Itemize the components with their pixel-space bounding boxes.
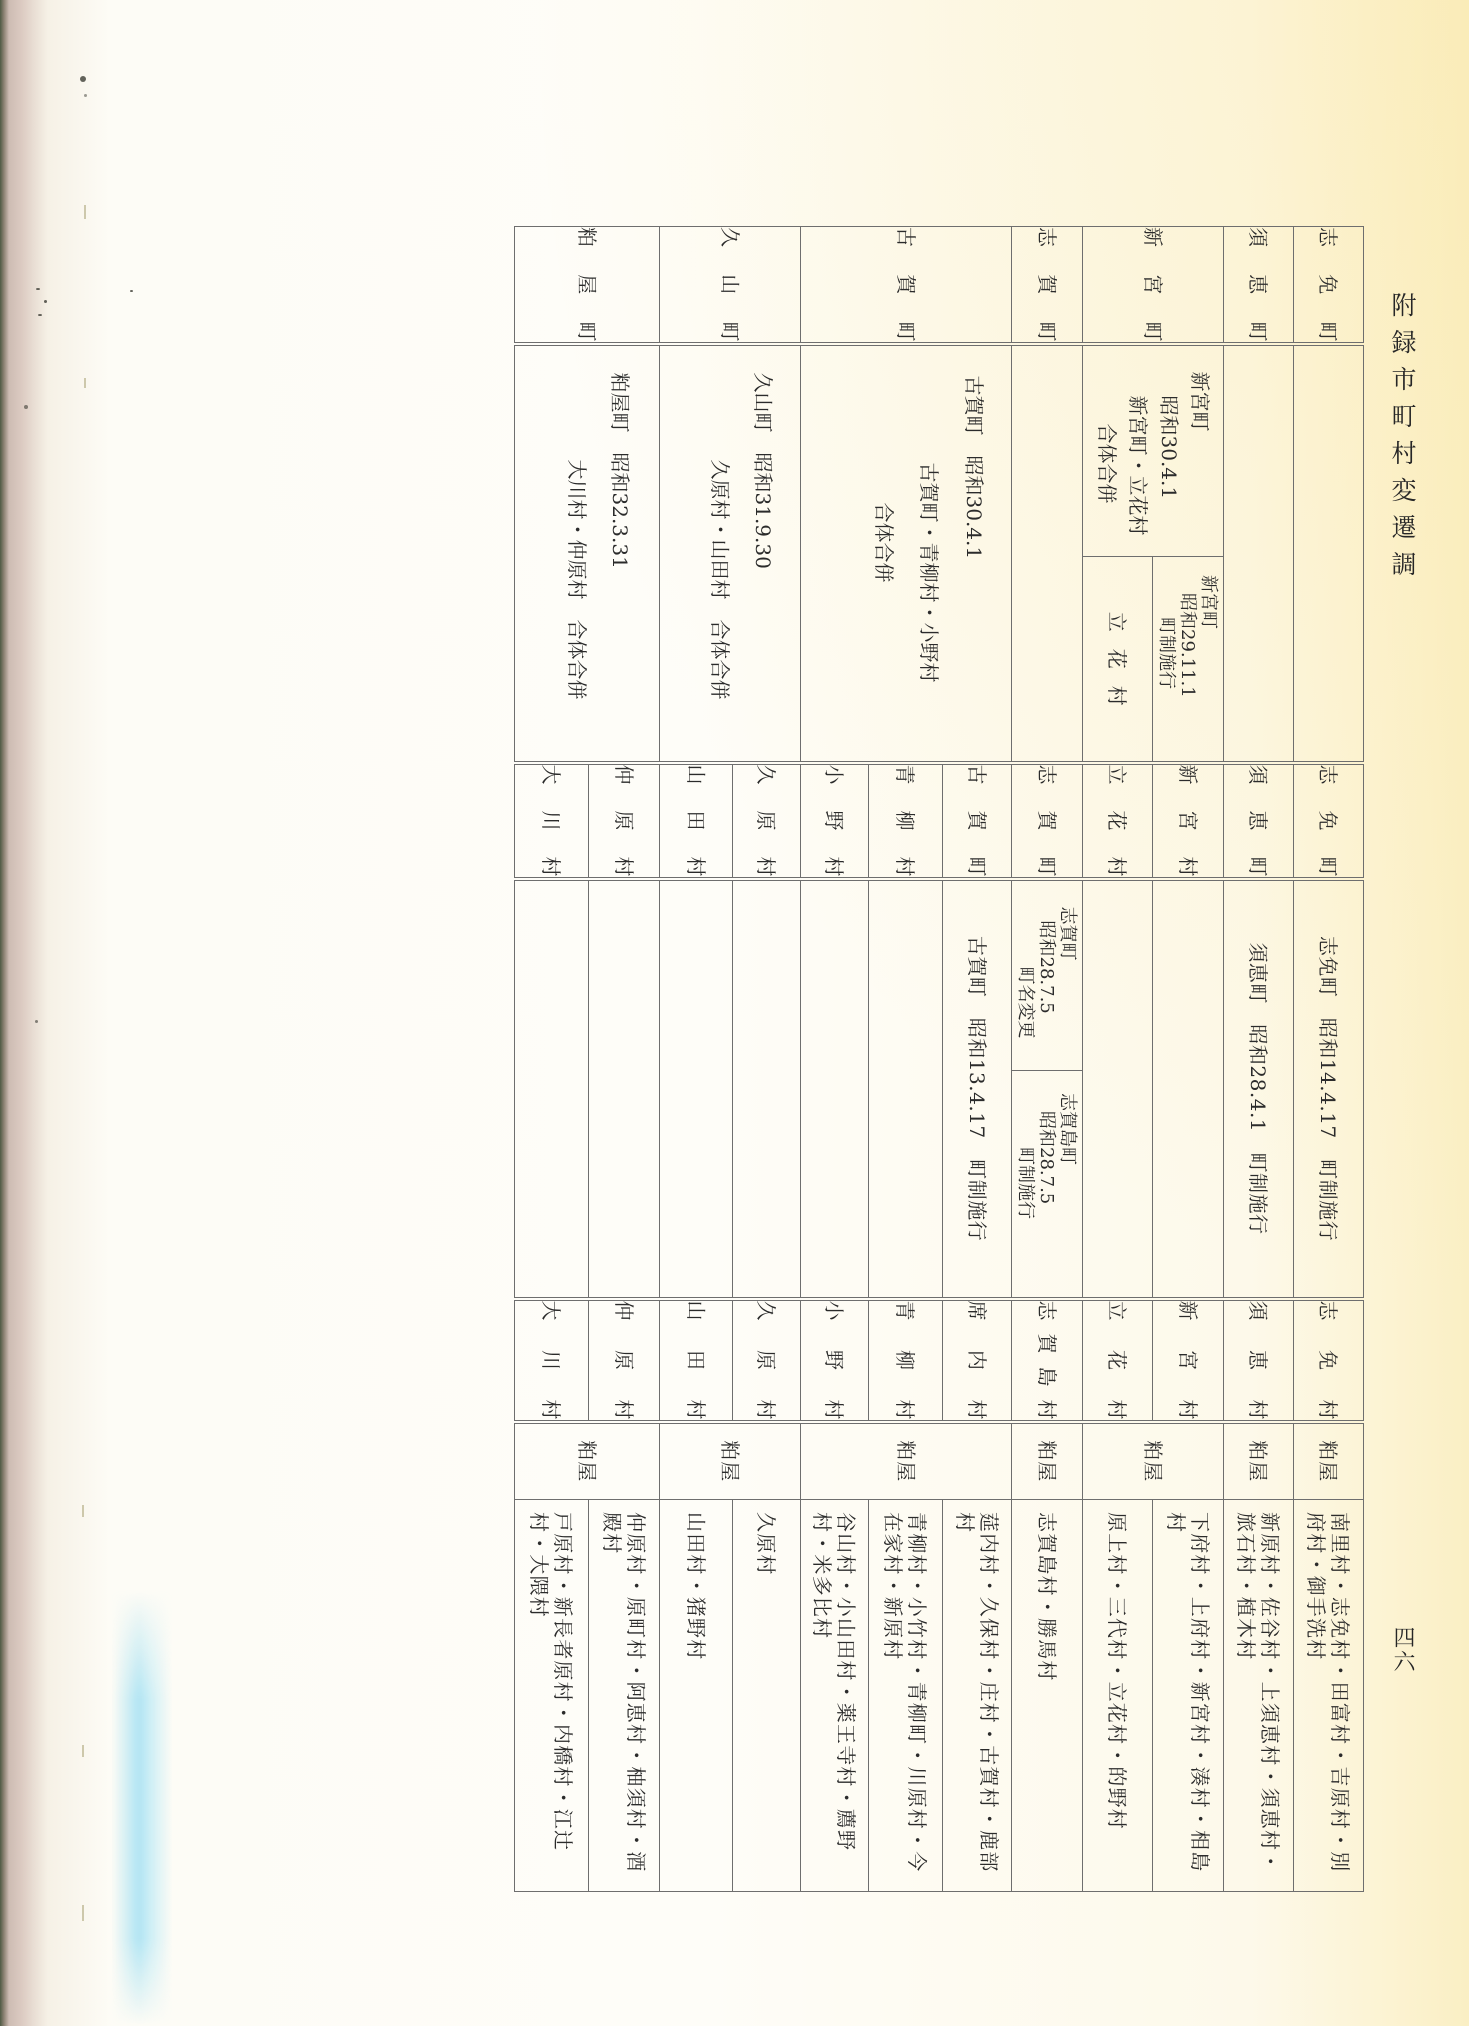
origin-villages-cell: 戸原村・新長者原村・内橋村・江辻村・大隈村 (515, 1500, 589, 1892)
merger-line: 大川村・仲原村 合体合併 (555, 346, 598, 761)
village-cell: 新宮村 (1153, 1299, 1224, 1422)
history-cell (515, 879, 589, 1299)
origin-villages-cell: 下府村・上府村・新宮村・湊村・相島村 (1153, 1500, 1224, 1892)
town-cell: 粕屋町 (515, 227, 660, 344)
town-cell: 新宮町 (1083, 227, 1224, 344)
dust-speck (44, 300, 47, 303)
municipality-name-cell: 立花村 (1083, 763, 1153, 879)
merger-line: 古賀町・青柳村・小野村 (907, 346, 952, 761)
municipality-name-cell: 須恵町 (1224, 763, 1294, 879)
table-row: 粕屋町 粕屋町 昭和32.3.31 大川村・仲原村 合体合併 仲原村 仲原村 粕… (589, 227, 660, 1892)
history-cell-rename: 志賀町 昭和28.7.5 町名変更 (1012, 879, 1083, 1071)
merger-line: 久原村・山田村 合体合併 (698, 346, 741, 761)
merger-cell: 粕屋町 昭和32.3.31 大川村・仲原村 合体合併 (515, 344, 660, 763)
village-cell: 青柳村 (869, 1299, 943, 1422)
village-cell: 須恵村 (1224, 1299, 1294, 1422)
village-cell: 大川村 (515, 1299, 589, 1422)
village-cell: 立花村 (1083, 1299, 1153, 1422)
municipality-history-table: 志免町 志免町 志免町 昭和14.4.17 町制施行 志免村 粕屋 南里村・志免… (514, 226, 1364, 1892)
table-row: 志免町 志免町 志免町 昭和14.4.17 町制施行 志免村 粕屋 南里村・志免… (1294, 227, 1364, 1892)
dust-speck (80, 76, 86, 82)
merger-cell (1224, 344, 1294, 763)
origin-villages-cell: 青柳村・小竹村・青柳町・川原村・今在家村・新原村 (869, 1500, 943, 1892)
table-row: 新宮町 新宮町 昭和30.4.1 新宮町・立花村 合体合併 新宮町 昭和29.1… (1153, 227, 1224, 1892)
town-cell: 志賀町 (1012, 227, 1083, 344)
town-cell: 古賀町 (801, 227, 1012, 344)
village-cell: 志免村 (1294, 1299, 1364, 1422)
municipality-table-wrapper: 志免町 志免町 志免町 昭和14.4.17 町制施行 志免村 粕屋 南里村・志免… (515, 226, 1364, 1891)
village-cell: 久原村 (733, 1299, 801, 1422)
table-row: 須恵町 須恵町 須恵町 昭和28.4.1 町制施行 須恵村 粕屋 新原村・佐谷村… (1224, 227, 1294, 1892)
history-line: 昭和28.7.5 (1037, 1071, 1058, 1297)
history-line: 町制施行 (1016, 1071, 1037, 1297)
town-cell: 志免町 (1294, 227, 1364, 344)
history-cell (1153, 879, 1224, 1299)
page-title: 市町村変遷調 (1388, 366, 1417, 588)
history-cell: 須恵町 昭和28.4.1 町制施行 (1224, 879, 1294, 1299)
table-row: 久山町 久山町 昭和31.9.30 久原村・山田村 合体合併 久原村 久原村 粕… (733, 227, 801, 1892)
status-line: 新宮町 (1199, 557, 1220, 761)
merger-cell (1012, 344, 1083, 763)
history-cell (869, 879, 943, 1299)
village-cell: 山田村 (660, 1299, 733, 1422)
municipality-name-cell: 久原村 (733, 763, 801, 879)
merger-line: 久山町 昭和31.9.30 (741, 346, 784, 761)
history-cell-town-status: 志賀島町 昭和28.7.5 町制施行 (1012, 1071, 1083, 1299)
origin-villages-cell: 志賀島村・勝馬村 (1012, 1500, 1083, 1892)
scan-mark (84, 378, 86, 388)
dust-speck (36, 288, 40, 290)
origin-villages-cell: 南里村・志免村・田富村・吉原村・別府村・御手洗村 (1294, 1500, 1364, 1892)
district-cell: 粕屋 (1012, 1422, 1083, 1500)
origin-villages-cell: 山田村・猪野村 (660, 1500, 733, 1892)
municipality-name-cell: 古賀町 (943, 763, 1012, 879)
merger-line: 新宮町・立花村 (1122, 346, 1153, 557)
district-cell: 粕屋 (1294, 1422, 1364, 1500)
municipality-name-cell: 山田村 (660, 763, 733, 879)
appendix-label: 附録 (1388, 292, 1417, 366)
status-cell: 新宮町 昭和29.11.1 町制施行 (1153, 557, 1224, 763)
history-line: 昭和28.7.5 (1037, 881, 1058, 1071)
village-cell: 小野村 (801, 1299, 869, 1422)
merger-line: 新宮町 (1184, 346, 1215, 557)
municipality-name-cell: 大川村 (515, 763, 589, 879)
history-cell (1083, 879, 1153, 1299)
merger-line: 合体合併 (862, 346, 907, 761)
merger-line: 昭和30.4.1 (1153, 346, 1184, 557)
table-row: 志賀町 志賀町 志賀町 昭和28.7.5 町名変更 志賀島町 昭和28.7.5 … (1012, 227, 1083, 1892)
merger-line: 合体合併 (1091, 346, 1122, 557)
village-cell: 志賀島村 (1012, 1299, 1083, 1422)
origin-villages-cell: 原上村・三代村・立花村・的野村 (1083, 1500, 1153, 1892)
history-line: 志賀町 (1058, 881, 1079, 1071)
merger-cell: 久山町 昭和31.9.30 久原村・山田村 合体合併 (660, 344, 801, 763)
scan-mark (82, 1745, 84, 1757)
scan-mark (82, 1905, 84, 1921)
page-header: 附録市町村変遷調 (1390, 292, 1415, 588)
history-cell (660, 879, 733, 1299)
district-cell: 粕屋 (515, 1422, 660, 1500)
municipality-name-cell: 仲原村 (589, 763, 660, 879)
district-cell: 粕屋 (801, 1422, 1012, 1500)
dust-speck (84, 94, 87, 97)
district-cell: 粕屋 (1083, 1422, 1224, 1500)
municipality-name-cell: 小野村 (801, 763, 869, 879)
origin-villages-cell: 莚内村・久保村・庄村・古賀村・鹿部村 (943, 1500, 1012, 1892)
origin-villages-cell: 新原村・佐谷村・上須恵村・須恵村・旅石村・植木村 (1224, 1500, 1294, 1892)
status-line: 町制施行 (1157, 557, 1178, 761)
scan-smear (112, 1590, 172, 2026)
origin-villages-cell: 久原村 (733, 1500, 801, 1892)
municipality-name-cell: 新宮村 (1153, 763, 1224, 879)
scan-mark (82, 1505, 84, 1517)
municipality-name-cell: 志免町 (1294, 763, 1364, 879)
district-cell: 粕屋 (660, 1422, 801, 1500)
page-number: 四六 (1391, 1626, 1413, 1674)
history-cell: 古賀町 昭和13.4.17 町制施行 (943, 879, 1012, 1299)
village-cell: 仲原村 (589, 1299, 660, 1422)
dust-speck (24, 405, 28, 409)
scan-mark (84, 205, 86, 219)
table-row: 古賀町 古賀町 昭和30.4.1 古賀町・青柳村・小野村 合体合併 古賀町 古賀… (943, 227, 1012, 1892)
origin-villages-cell: 谷山村・小山田村・薬王寺村・薦野村・米多比村 (801, 1500, 869, 1892)
municipality-name-cell: 青柳村 (869, 763, 943, 879)
merger-line: 粕屋町 昭和32.3.31 (598, 346, 641, 761)
town-cell: 須恵町 (1224, 227, 1294, 344)
merger-cell: 新宮町 昭和30.4.1 新宮町・立花村 合体合併 (1083, 344, 1224, 557)
municipality-name-cell: 志賀町 (1012, 763, 1083, 879)
history-line: 志賀島町 (1058, 1071, 1079, 1297)
history-cell (801, 879, 869, 1299)
history-line: 町名変更 (1016, 881, 1037, 1071)
district-cell: 粕屋 (1224, 1422, 1294, 1500)
status-line: 昭和29.11.1 (1178, 557, 1199, 761)
history-cell: 志免町 昭和14.4.17 町制施行 (1294, 879, 1364, 1299)
village-cell: 席内村 (943, 1299, 1012, 1422)
status-cell: 立花村 (1083, 557, 1153, 763)
merger-line: 古賀町 昭和30.4.1 (952, 346, 997, 761)
dust-speck (35, 1020, 38, 1023)
town-cell: 久山町 (660, 227, 801, 344)
origin-villages-cell: 仲原村・原町村・阿恵村・柚須村・酒殿村 (589, 1500, 660, 1892)
merger-cell (1294, 344, 1364, 763)
dust-speck (130, 290, 133, 292)
dust-speck (38, 314, 42, 316)
history-cell (733, 879, 801, 1299)
merger-cell: 古賀町 昭和30.4.1 古賀町・青柳村・小野村 合体合併 (801, 344, 1012, 763)
history-cell (589, 879, 660, 1299)
